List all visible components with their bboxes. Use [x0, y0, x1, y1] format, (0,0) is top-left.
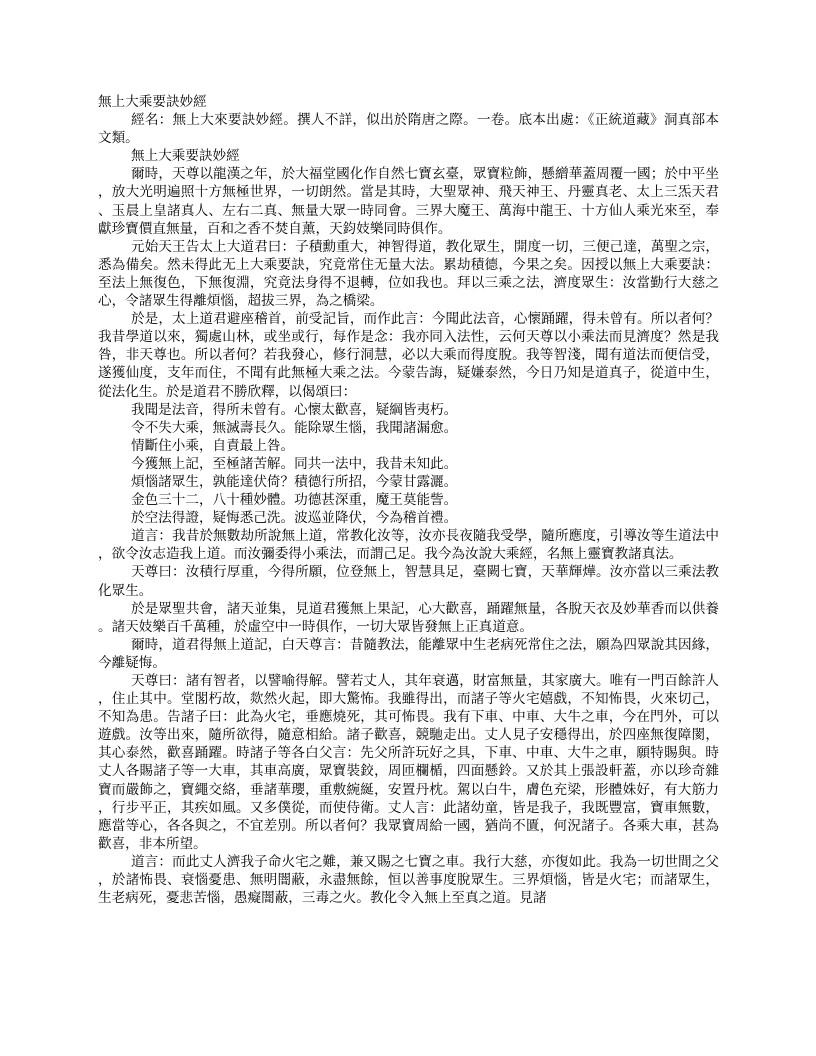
text-paragraph: 天尊曰：諸有智者，以譬喻得解。譬若丈人，其年衰邁，財富無量，其家廣大。唯有一門百…	[98, 672, 719, 853]
text-paragraph: 我聞是法音，得所未曾有。心懷太歡喜，疑綱皆夷朽。	[98, 401, 719, 419]
text-paragraph: 天尊曰：汝積行厚重，今得所願，位登無上，智慧具足，臺闕七寶，天華輝燁。汝亦當以三…	[98, 563, 719, 599]
text-paragraph: 於是眾聖共會，諸天並集，見道君獲無上果記，心大歡喜，踊躍無量，各脫天衣及妙華香而…	[98, 600, 719, 636]
text-paragraph: 金色三十二，八十種妙體。功德甚深重，魔王莫能訾。	[98, 491, 719, 509]
text-paragraph: 道言：我昔於無數劫所說無上道，常教化汝等，汝亦長夜隨我受學，隨所應度，引導汝等生…	[98, 527, 719, 563]
text-paragraph: 於空法得證，疑悔悉己洗。波巡並降伏，今為稽首禮。	[98, 509, 719, 527]
document-title-line: 無上大乘要訣妙經	[98, 93, 719, 111]
document-page: 無上大乘要訣妙經經名：無上大來要訣妙經。撰人不詳，似出於隋唐之際。一卷。底本出處…	[0, 0, 816, 1056]
text-paragraph: 煩惱諸眾生，孰能達伏倚？積德行所招，今蒙甘露灑。	[98, 473, 719, 491]
text-paragraph: 爾時，道君得無上道記，白天尊言：昔隨教法，能離眾中生老病死常住之法，願為四眾說其…	[98, 636, 719, 672]
text-paragraph: 於是，太上道君避座稽首，前受記旨，而作此言：今聞此法音，心懷踊躍，得未曾有。所以…	[98, 310, 719, 400]
text-paragraph: 爾時，天尊以龍漢之年，於大福堂國化作自然七寶玄臺，眾寶粒飾，懸繒華蓋周覆一國；於…	[98, 165, 719, 237]
text-paragraph: 無上大乘要訣妙經	[98, 147, 719, 165]
text-paragraph: 道言：而此丈人濟我子命火宅之難，兼又賜之七寶之車。我行大慈，亦復如此。我為一切世…	[98, 853, 719, 907]
text-paragraph: 令不失大乘，無滅壽長久。能除眾生惱，我聞諸漏愈。	[98, 419, 719, 437]
text-paragraph: 今獲無上記，至極諸苦解。同共一法中，我昔未知此。	[98, 455, 719, 473]
text-paragraph: 經名：無上大來要訣妙經。撰人不詳，似出於隋唐之際。一卷。底本出處：《正統道藏》洞…	[98, 111, 719, 147]
text-paragraph: 元始天王告太上大道君曰：子積勳重大，神智得道，教化眾生，開度一切，三便己達，萬聖…	[98, 238, 719, 310]
text-paragraph: 情斷住小乘，自責最上咎。	[98, 437, 719, 455]
scripture-text-body: 無上大乘要訣妙經經名：無上大來要訣妙經。撰人不詳，似出於隋唐之際。一卷。底本出處…	[98, 93, 719, 907]
